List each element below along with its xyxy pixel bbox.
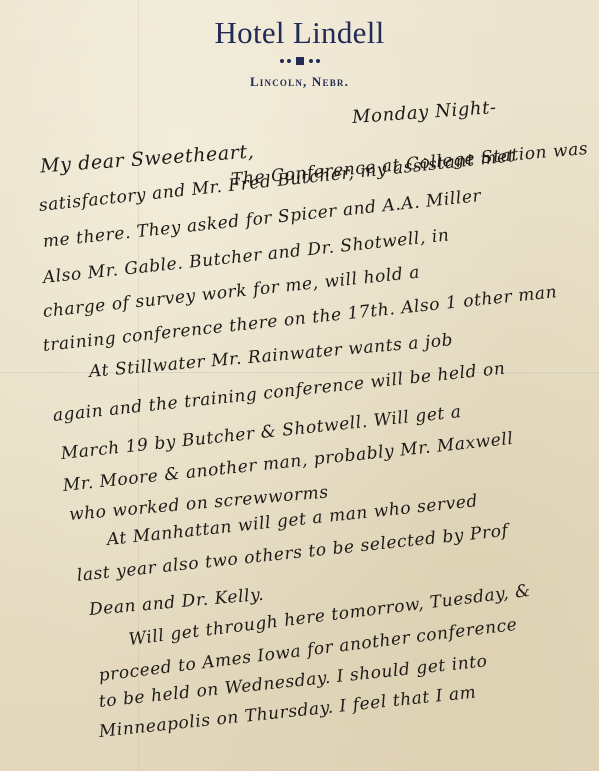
hotel-name: Hotel Lindell	[0, 16, 599, 50]
letter-page: Hotel Lindell Lincoln, Nebr. Monday Nigh…	[0, 0, 599, 771]
paper-vertical-crease	[138, 0, 139, 771]
letterhead: Hotel Lindell Lincoln, Nebr.	[0, 16, 599, 90]
letterhead-ornament-icon	[0, 56, 599, 66]
ornament-dot	[316, 59, 320, 63]
letter-line: Dean and Dr. Kelly.	[88, 585, 265, 620]
ornament-dot	[280, 59, 284, 63]
ornament-dot	[287, 59, 291, 63]
ornament-square	[296, 57, 304, 65]
letter-date: Monday Night-	[351, 97, 497, 128]
letter-salutation: My dear Sweetheart,	[39, 141, 254, 178]
ornament-dot	[309, 59, 313, 63]
hotel-location: Lincoln, Nebr.	[0, 74, 599, 90]
